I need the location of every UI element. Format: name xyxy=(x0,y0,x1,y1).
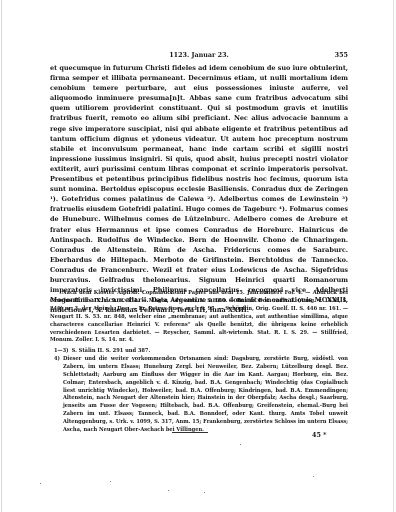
header-date-title: 1123. Januar 23. xyxy=(50,51,348,59)
page-edge-left xyxy=(1,0,2,512)
page-number: 355 xyxy=(335,51,348,59)
footnote-number: 4) xyxy=(50,356,60,435)
scan-speck xyxy=(168,490,169,491)
scanned-page: 1123. Januar 23. 355 et quecumque in fut… xyxy=(0,0,396,512)
scan-speck xyxy=(240,444,241,445)
footnote-text: S. Stälin II. S. 291 und 387. xyxy=(72,348,348,356)
footer-rule xyxy=(172,432,208,433)
source-note: Nach dem Kloster Alpirsb. Copialbuch auf… xyxy=(50,290,348,345)
charter-paragraph: et quecumque in futurum Christi fideles … xyxy=(50,63,348,315)
signature-mark: 45 * xyxy=(312,431,326,439)
charter-text: et quecumque in futurum Christi fideles … xyxy=(50,63,348,315)
source-note-text: Nach dem Kloster Alpirsb. Copialbuch auf… xyxy=(50,290,348,345)
footnote: 4) Dieser und die weiter vorkommenden Or… xyxy=(50,356,348,435)
scan-speck xyxy=(204,492,205,493)
footnotes: 1—3) S. Stälin II. S. 291 und 387. 4) Di… xyxy=(50,348,348,435)
page-edge-right xyxy=(393,0,394,512)
footnote-number: 1—3) xyxy=(50,348,69,356)
footnote: 1—3) S. Stälin II. S. 291 und 387. xyxy=(50,348,348,356)
scan-speck xyxy=(313,476,314,477)
scan-speck xyxy=(110,481,111,482)
footnote-text: Dieser und die weiter vorkommenden Ortsn… xyxy=(63,356,348,435)
running-header: 1123. Januar 23. 355 xyxy=(50,51,348,61)
scan-speck xyxy=(40,483,41,484)
